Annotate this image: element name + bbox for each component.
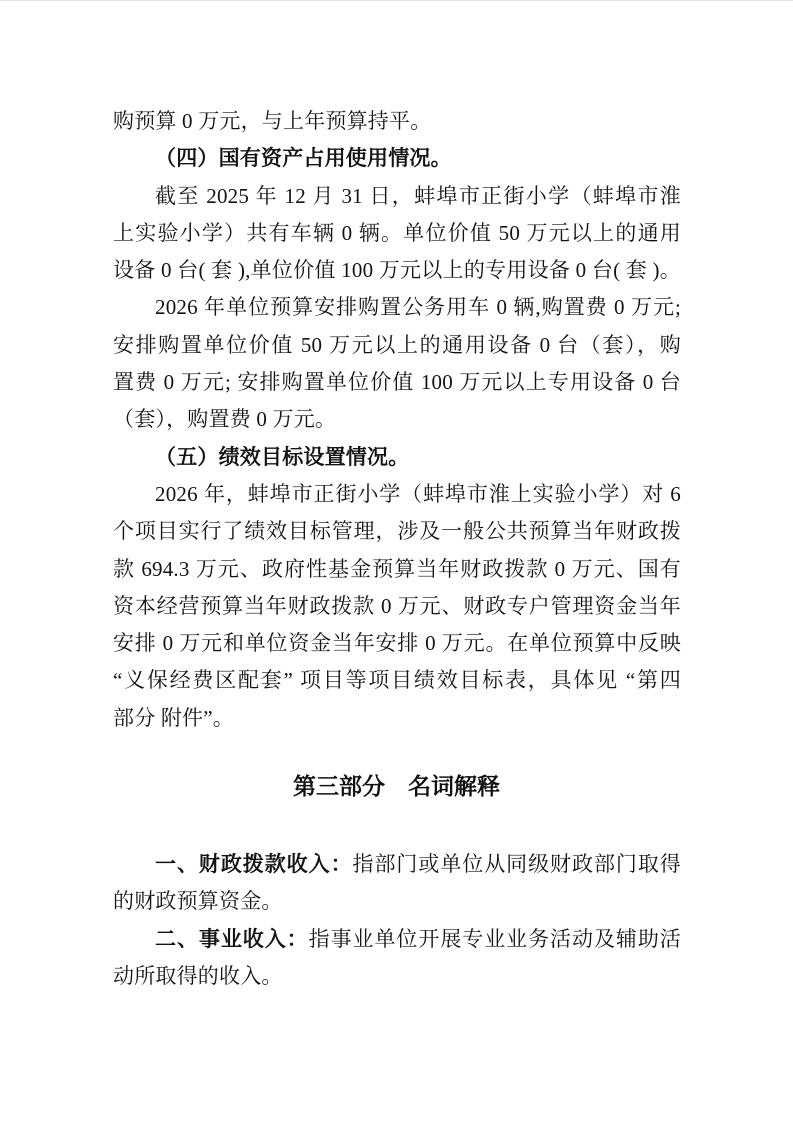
document-page: 购预算 0 万元，与上年预算持平。 （四）国有资产占用使用情况。 截至 2025… xyxy=(0,0,793,1122)
para-line: 安排购置单位价值 50 万元以上的通用设备 0 台（套），购 xyxy=(113,327,681,364)
main-text-block: 购预算 0 万元，与上年预算持平。 （四）国有资产占用使用情况。 截至 2025… xyxy=(113,103,681,737)
para-line-end: 部分 附件”。 xyxy=(113,700,681,737)
definition-line-end: 的财政预算资金。 xyxy=(113,883,681,920)
subsection-heading-performance-goals: （五）绩效目标设置情况。 xyxy=(113,439,681,476)
definitions-block: 一、财政拨款收入：指部门或单位从同级财政部门取得 的财政预算资金。 二、事业收入… xyxy=(113,846,681,995)
definition-line: 二、事业收入：指事业单位开展专业业务活动及辅助活 xyxy=(113,921,681,958)
para-line: 安排 0 万元和单位资金当年安排 0 万元。在单位预算中反映 xyxy=(113,625,681,662)
definition-term: 一、财政拨款收入： xyxy=(155,853,353,876)
definition-text: 指部门或单位从同级财政部门取得 xyxy=(353,852,681,876)
paragraph-continuation-line: 购预算 0 万元，与上年预算持平。 xyxy=(113,103,681,140)
para-line: 2026 年，蚌埠市正街小学（蚌埠市淮上实验小学）对 6 xyxy=(113,476,681,513)
section-title: 第三部分 名词解释 xyxy=(0,766,793,806)
definition-line-end: 动所取得的收入。 xyxy=(113,958,681,995)
para-line: 截至 2025 年 12 月 31 日，蚌埠市正街小学（蚌埠市淮 xyxy=(113,178,681,215)
para-line: 置费 0 万元; 安排购置单位价值 100 万元以上专用设备 0 台 xyxy=(113,364,681,401)
definition-line: 一、财政拨款收入：指部门或单位从同级财政部门取得 xyxy=(113,846,681,883)
para-line: 设备 0 台( 套 ),单位价值 100 万元以上的专用设备 0 台( 套 )。 xyxy=(113,252,681,289)
definition-text: 指事业单位开展专业业务活动及辅助活 xyxy=(309,927,681,951)
para-line: 资本经营预算当年财政拨款 0 万元、财政专户管理资金当年 xyxy=(113,588,681,625)
para-line: 个项目实行了绩效目标管理，涉及一般公共预算当年财政拨 xyxy=(113,513,681,550)
para-line: 款 694.3 万元、政府性基金预算当年财政拨款 0 万元、国有 xyxy=(113,551,681,588)
subsection-heading-state-assets: （四）国有资产占用使用情况。 xyxy=(113,140,681,177)
para-line: 上实验小学）共有车辆 0 辆。单位价值 50 万元以上的通用 xyxy=(113,215,681,252)
para-line: “义保经费区配套” 项目等项目绩效目标表，具体见 “第四 xyxy=(113,662,681,699)
para-line: 2026 年单位预算安排购置公务用车 0 辆,购置费 0 万元; xyxy=(113,289,681,326)
para-line-end: （套），购置费 0 万元。 xyxy=(113,401,681,438)
definition-term: 二、事业收入： xyxy=(155,928,309,951)
